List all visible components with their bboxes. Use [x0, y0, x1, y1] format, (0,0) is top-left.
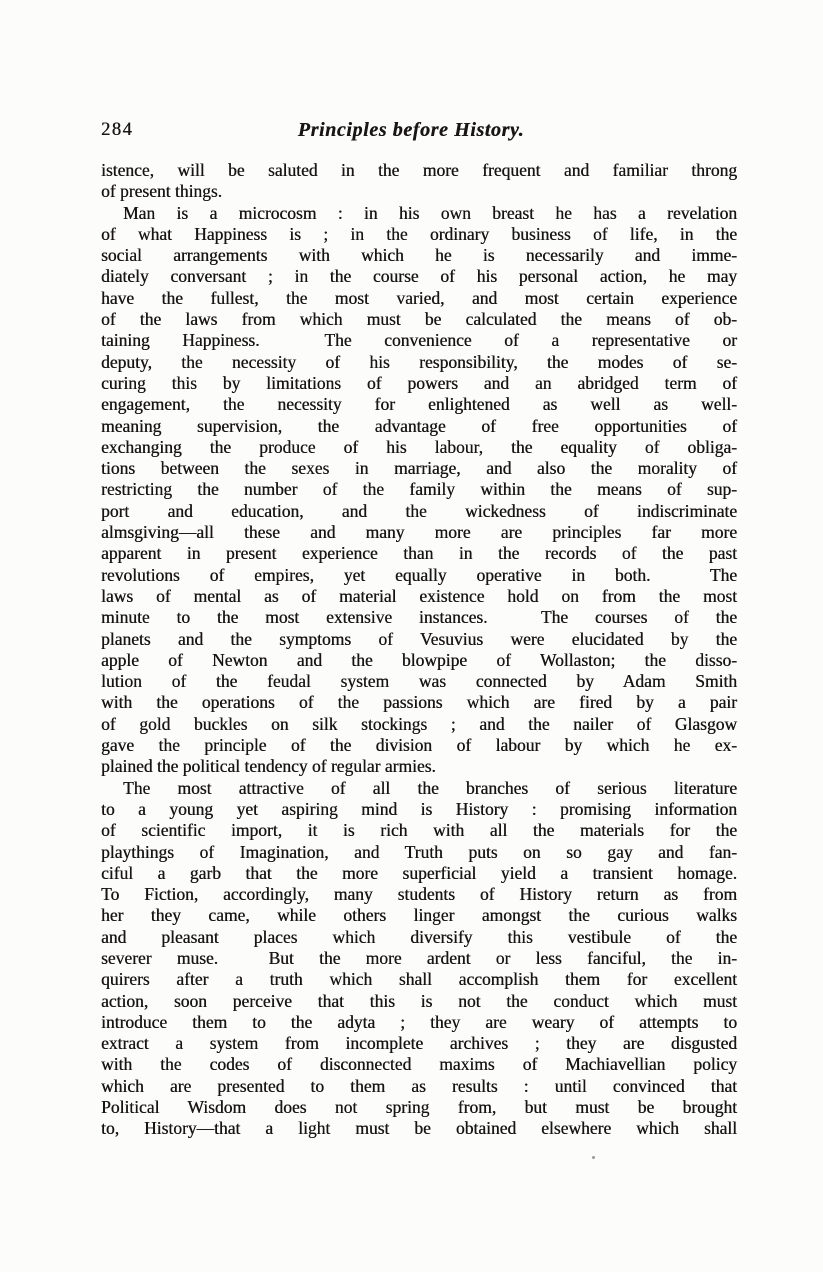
text-line: To Fiction, accordingly, many students o… — [101, 884, 737, 905]
text-line: curing this by limitations of powers and… — [101, 373, 737, 394]
text-line: planets and the symptoms of Vesuvius wer… — [101, 629, 737, 650]
text-line: of present things. — [101, 181, 737, 202]
scan-speck — [592, 1156, 595, 1159]
text-column: 284 Principles before History. istence, … — [101, 119, 737, 1140]
page-header: 284 Principles before History. — [101, 119, 737, 147]
text-line: severer muse. But the more ardent or les… — [101, 948, 737, 969]
text-line: of gold buckles on silk stockings ; and … — [101, 714, 737, 735]
text-line: minute to the most extensive instances. … — [101, 607, 737, 628]
text-line: introduce them to the adyta ; they are w… — [101, 1012, 737, 1033]
text-line: lution of the feudal system was connecte… — [101, 671, 737, 692]
text-line: apparent in present experience than in t… — [101, 543, 737, 564]
text-line: extract a system from incomplete archive… — [101, 1033, 737, 1054]
text-line: her they came, while others linger among… — [101, 905, 737, 926]
text-line: have the fullest, the most varied, and m… — [101, 288, 737, 309]
book-page: 284 Principles before History. istence, … — [0, 0, 823, 1272]
text-line: Man is a microcosm : in his own breast h… — [101, 203, 737, 224]
text-line: restricting the number of the family wit… — [101, 479, 737, 500]
text-line: taining Happiness. The convenience of a … — [101, 330, 737, 351]
text-line: exchanging the produce of his labour, th… — [101, 437, 737, 458]
text-line: with the codes of disconnected maxims of… — [101, 1054, 737, 1075]
text-line: to a young yet aspiring mind is History … — [101, 799, 737, 820]
text-line: engagement, the necessity for enlightene… — [101, 394, 737, 415]
text-line: The most attractive of all the branches … — [101, 778, 737, 799]
text-line: tions between the sexes in marriage, and… — [101, 458, 737, 479]
text-line: of the laws from which must be calculate… — [101, 309, 737, 330]
text-line: gave the principle of the division of la… — [101, 735, 737, 756]
text-line: meaning supervision, the advantage of fr… — [101, 416, 737, 437]
text-line: quirers after a truth which shall accomp… — [101, 969, 737, 990]
text-line: almsgiving—all these and many more are p… — [101, 522, 737, 543]
text-line: diately conversant ; in the course of hi… — [101, 266, 737, 287]
running-title: Principles before History. — [93, 119, 729, 142]
text-line: port and education, and the wickedness o… — [101, 501, 737, 522]
text-line: plained the political tendency of regula… — [101, 756, 737, 777]
text-line: revolutions of empires, yet equally oper… — [101, 565, 737, 586]
text-line: to, History—that a light must be obtaine… — [101, 1118, 737, 1139]
text-line: ciful a garb that the more superficial y… — [101, 863, 737, 884]
text-line: social arrangements with which he is nec… — [101, 245, 737, 266]
text-line: apple of Newton and the blowpipe of Woll… — [101, 650, 737, 671]
text-line: playthings of Imagination, and Truth put… — [101, 842, 737, 863]
text-line: istence, will be saluted in the more fre… — [101, 160, 737, 181]
text-line: laws of mental as of material existence … — [101, 586, 737, 607]
text-line: of what Happiness is ; in the ordinary b… — [101, 224, 737, 245]
text-line: Political Wisdom does not spring from, b… — [101, 1097, 737, 1118]
page-body: istence, will be saluted in the more fre… — [101, 160, 737, 1140]
text-line: which are presented to them as results :… — [101, 1076, 737, 1097]
text-line: and pleasant places which diversify this… — [101, 927, 737, 948]
text-line: deputy, the necessity of his responsibil… — [101, 352, 737, 373]
text-line: action, soon perceive that this is not t… — [101, 991, 737, 1012]
text-line: of scientific import, it is rich with al… — [101, 820, 737, 841]
text-line: with the operations of the passions whic… — [101, 692, 737, 713]
